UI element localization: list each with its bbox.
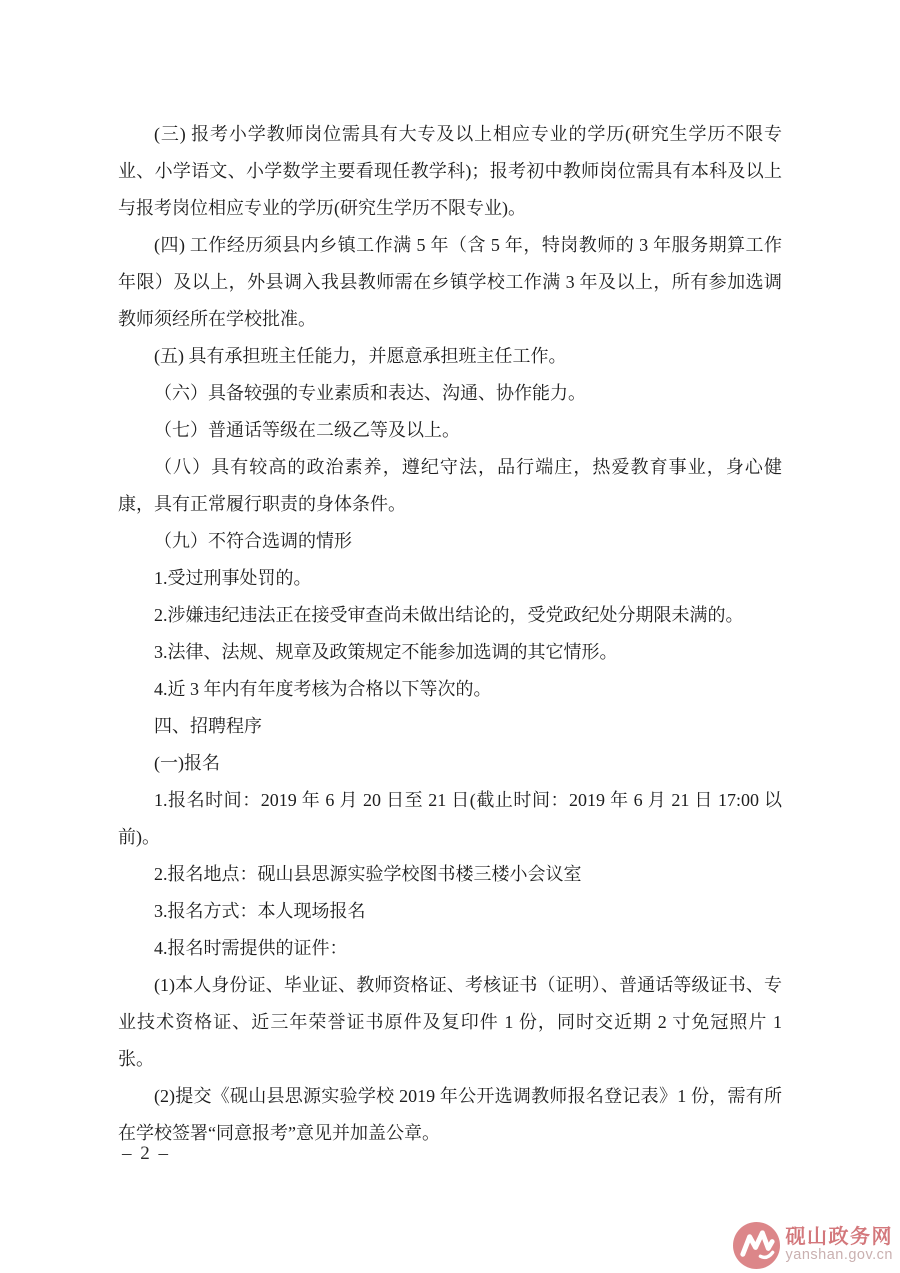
paragraph: (2)提交《砚山县思源实验学校 2019 年公开选调教师报名登记表》1 份，需有… bbox=[118, 1078, 782, 1152]
paragraph: 4.报名时需提供的证件： bbox=[118, 930, 782, 967]
document-page: (三) 报考小学教师岗位需具有大专及以上相应专业的学历(研究生学历不限专业、小学… bbox=[0, 0, 900, 1273]
paragraph: (1)本人身份证、毕业证、教师资格证、考核证书（证明）、普通话等级证书、专业技术… bbox=[118, 967, 782, 1078]
paragraph: 4.近 3 年内有年度考核为合格以下等次的。 bbox=[118, 671, 782, 708]
paragraph: （六）具备较强的专业素质和表达、沟通、协作能力。 bbox=[118, 375, 782, 412]
paragraph: （九）不符合选调的情形 bbox=[118, 523, 782, 560]
paragraph: 1.报名时间：2019 年 6 月 20 日至 21 日(截止时间：2019 年… bbox=[118, 782, 782, 856]
page-number: – 2 – bbox=[122, 1142, 170, 1166]
paragraph: (五) 具有承担班主任能力，并愿意承担班主任工作。 bbox=[118, 338, 782, 375]
paragraph: 3.法律、法规、规章及政策规定不能参加选调的其它情形。 bbox=[118, 634, 782, 671]
paragraph: (四) 工作经历须县内乡镇工作满 5 年（含 5 年，特岗教师的 3 年服务期算… bbox=[118, 227, 782, 338]
paragraph: （八）具有较高的政治素养，遵纪守法，品行端庄，热爱教育事业，身心健康，具有正常履… bbox=[118, 449, 782, 523]
section-heading: 四、招聘程序 bbox=[118, 708, 782, 745]
paragraph: 1.受过刑事处罚的。 bbox=[118, 560, 782, 597]
paragraph: （七）普通话等级在二级乙等及以上。 bbox=[118, 412, 782, 449]
document-body: (三) 报考小学教师岗位需具有大专及以上相应专业的学历(研究生学历不限专业、小学… bbox=[118, 116, 782, 1152]
paragraph: 3.报名方式：本人现场报名 bbox=[118, 893, 782, 930]
paragraph: (三) 报考小学教师岗位需具有大专及以上相应专业的学历(研究生学历不限专业、小学… bbox=[118, 116, 782, 227]
site-watermark-logo: 砚山政务网 yanshan.gov.cn bbox=[733, 1222, 894, 1269]
site-logo-text: 砚山政务网 yanshan.gov.cn bbox=[786, 1227, 894, 1264]
paragraph: 2.报名地点：砚山县思源实验学校图书楼三楼小会议室 bbox=[118, 856, 782, 893]
subsection-heading: (一)报名 bbox=[118, 745, 782, 782]
paragraph: 2.涉嫌违纪违法正在接受审查尚未做出结论的，受党政纪处分期限未满的。 bbox=[118, 597, 782, 634]
mountain-logo-icon bbox=[733, 1222, 780, 1269]
site-url: yanshan.gov.cn bbox=[786, 1248, 894, 1264]
site-name: 砚山政务网 bbox=[786, 1227, 894, 1249]
